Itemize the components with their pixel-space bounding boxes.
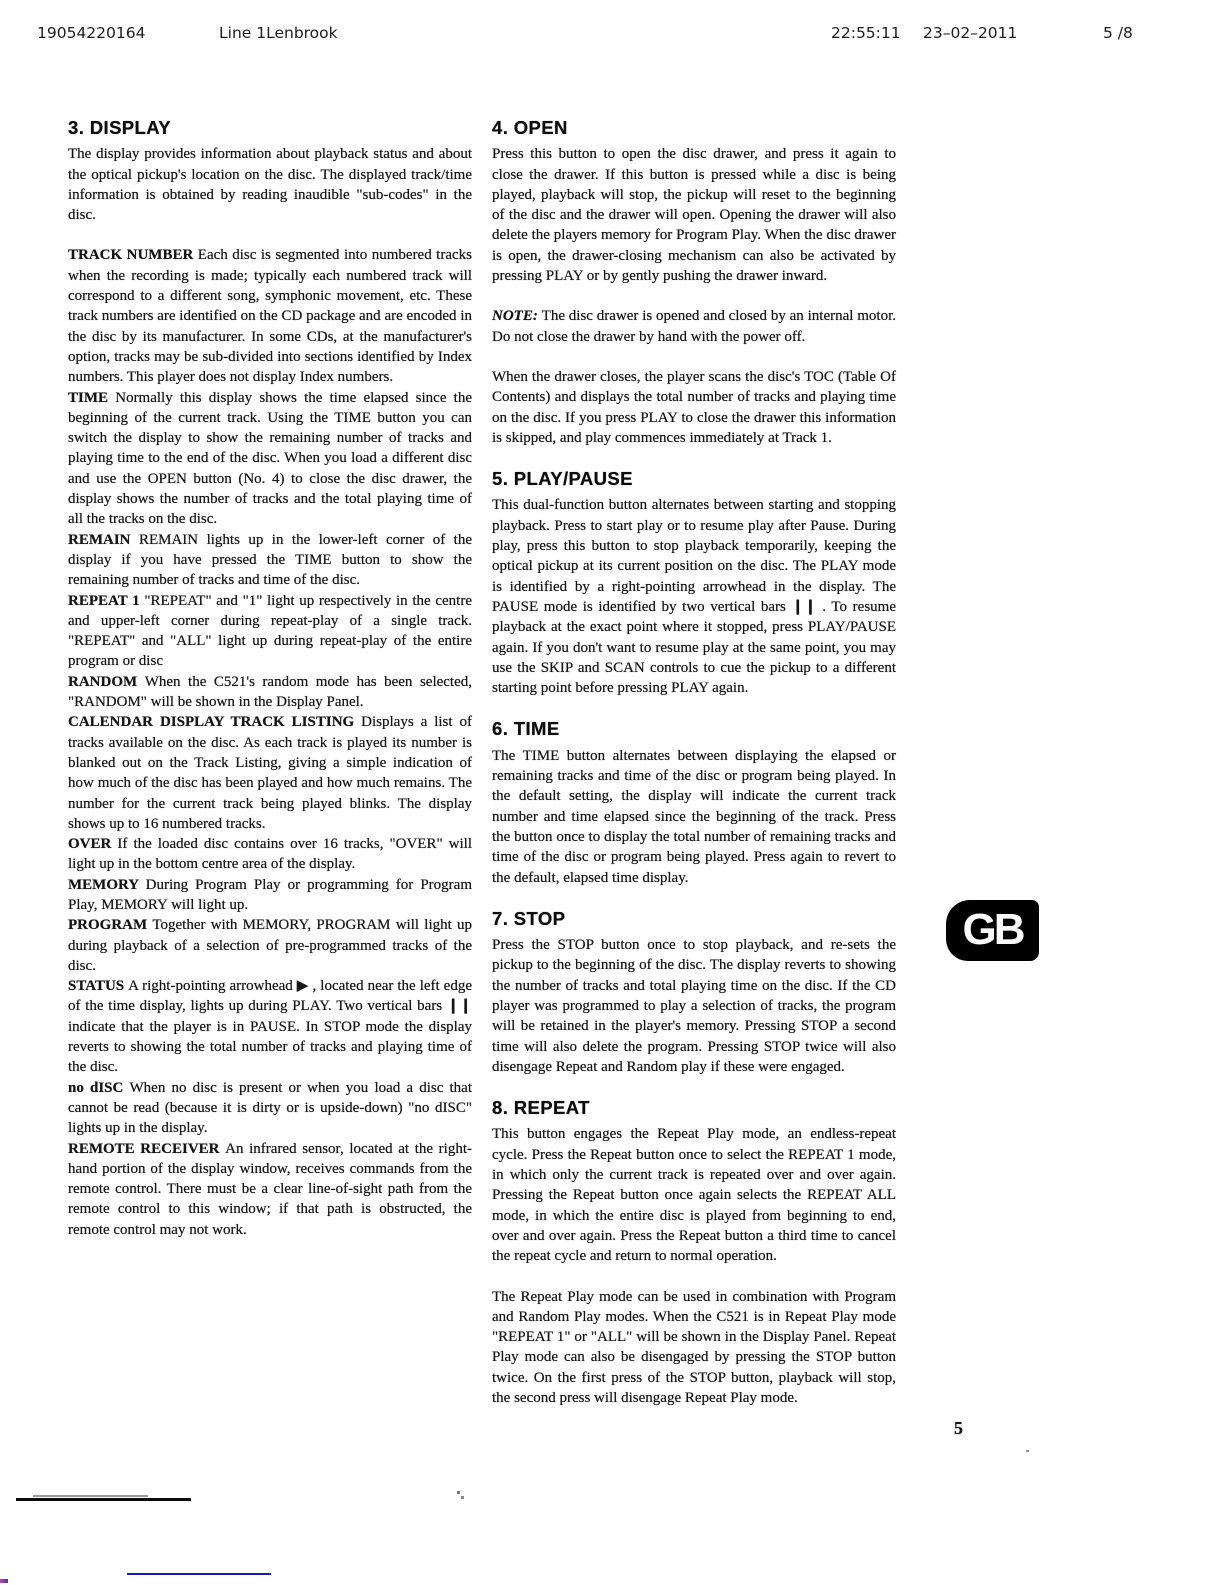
entry-term: no dISC: [68, 1080, 130, 1096]
left-column: 3. DISPLAY The display provides informat…: [68, 118, 472, 1240]
header-line-name: Line 1Lenbrook: [219, 24, 338, 42]
entry-term: OVER: [68, 836, 117, 852]
display-entry-memory: MEMORYDuring Program Play or programming…: [68, 875, 472, 916]
section-open-note: NOTE:The disc drawer is opened and close…: [492, 306, 896, 347]
entry-text: When no disc is present or when you load…: [68, 1080, 472, 1137]
header-page-indicator: 5 /8: [1103, 24, 1133, 42]
section-play-pause-heading: 5. PLAY/PAUSE: [492, 469, 896, 489]
display-entry-remain: REMAINREMAIN lights up in the lower-left…: [68, 530, 472, 591]
section-play-pause-paragraph: This dual-function button alternates bet…: [492, 495, 896, 698]
section-open-paragraph: Press this button to open the disc drawe…: [492, 144, 896, 286]
header-document-number: 19054220164: [37, 24, 145, 42]
display-entry-track-number: TRACK NUMBEREach disc is segmented into …: [68, 245, 472, 387]
section-time-paragraph: The TIME button alternates between displ…: [492, 746, 896, 888]
entry-term: REPEAT 1: [68, 593, 144, 609]
manual-page: 19054220164 Line 1Lenbrook 22:55:11 23–0…: [0, 0, 1225, 1585]
section-repeat-paragraph-2: The Repeat Play mode can be used in comb…: [492, 1287, 896, 1409]
entry-term: REMAIN: [68, 532, 139, 548]
display-entry-over: OVERIf the loaded disc contains over 16 …: [68, 834, 472, 875]
display-entry-status: STATUSA right-pointing arrowhead ▶ , loc…: [68, 976, 472, 1077]
scan-artifact-speck: [1026, 1450, 1029, 1452]
gb-badge-label: GB: [963, 905, 1023, 955]
header-time: 22:55:11: [831, 24, 901, 42]
section-stop-heading: 7. STOP: [492, 909, 896, 929]
section-stop-paragraph: Press the STOP button once to stop playb…: [492, 935, 896, 1077]
paragraph-gap: [492, 1267, 896, 1287]
section-repeat-paragraph: This button engages the Repeat Play mode…: [492, 1124, 896, 1266]
entry-text: If the loaded disc contains over 16 trac…: [68, 836, 472, 872]
display-entry-repeat-1: REPEAT 1"REPEAT" and "1" light up respec…: [68, 591, 472, 672]
display-entry-program: PROGRAMTogether with MEMORY, PROGRAM wil…: [68, 915, 472, 976]
display-entry-random: RANDOMWhen the C521's random mode has be…: [68, 672, 472, 713]
display-entry-time: TIMENormally this display shows the time…: [68, 388, 472, 530]
scan-artifact-speck: [457, 1491, 460, 1494]
entry-text: Normally this display shows the time ela…: [68, 390, 472, 528]
display-entry-calendar-display: CALENDAR DISPLAY TRACK LISTINGDisplays a…: [68, 712, 472, 834]
section-display-heading: 3. DISPLAY: [68, 118, 472, 138]
entry-term: CALENDAR DISPLAY TRACK LISTING: [68, 714, 361, 730]
paragraph-gap: [492, 286, 896, 306]
entry-term: STATUS: [68, 978, 128, 994]
entry-term: TRACK NUMBER: [68, 247, 198, 263]
section-open-paragraph-2: When the drawer closes, the player scans…: [492, 367, 896, 448]
entry-term: REMOTE RECEIVER: [68, 1141, 225, 1157]
scan-artifact-speck: [461, 1496, 464, 1499]
section-display-intro: The display provides information about p…: [68, 144, 472, 225]
entry-term: MEMORY: [68, 877, 146, 893]
entry-text: Each disc is segmented into numbered tra…: [68, 247, 472, 385]
note-label: NOTE:: [492, 308, 542, 324]
display-entry-remote-receiver: REMOTE RECEIVERAn infrared sensor, locat…: [68, 1139, 472, 1240]
display-entry-no-disc: no dISCWhen no disc is present or when y…: [68, 1078, 472, 1139]
scan-artifact-blue-line: [127, 1573, 271, 1575]
section-time-heading: 6. TIME: [492, 719, 896, 739]
scan-artifact-gray-smear: [33, 1495, 148, 1497]
scan-artifact-black-line: [16, 1498, 191, 1501]
entry-text: Displays a list of tracks available on t…: [68, 714, 472, 831]
entry-term: RANDOM: [68, 674, 145, 690]
entry-text: A right-pointing arrowhead ▶ , located n…: [68, 978, 472, 1075]
scan-artifact-corner-mark: [0, 1579, 8, 1583]
entry-term: TIME: [68, 390, 115, 406]
header-date: 23–02–2011: [923, 24, 1017, 42]
page-number: 5: [954, 1418, 963, 1439]
section-repeat-heading: 8. REPEAT: [492, 1098, 896, 1118]
section-open-heading: 4. OPEN: [492, 118, 896, 138]
paragraph-gap: [68, 225, 472, 245]
right-column: 4. OPEN Press this button to open the di…: [492, 118, 896, 1408]
gb-language-badge: GB: [946, 900, 1039, 961]
paragraph-gap: [492, 347, 896, 367]
note-text: The disc drawer is opened and closed by …: [492, 308, 896, 344]
entry-term: PROGRAM: [68, 917, 152, 933]
